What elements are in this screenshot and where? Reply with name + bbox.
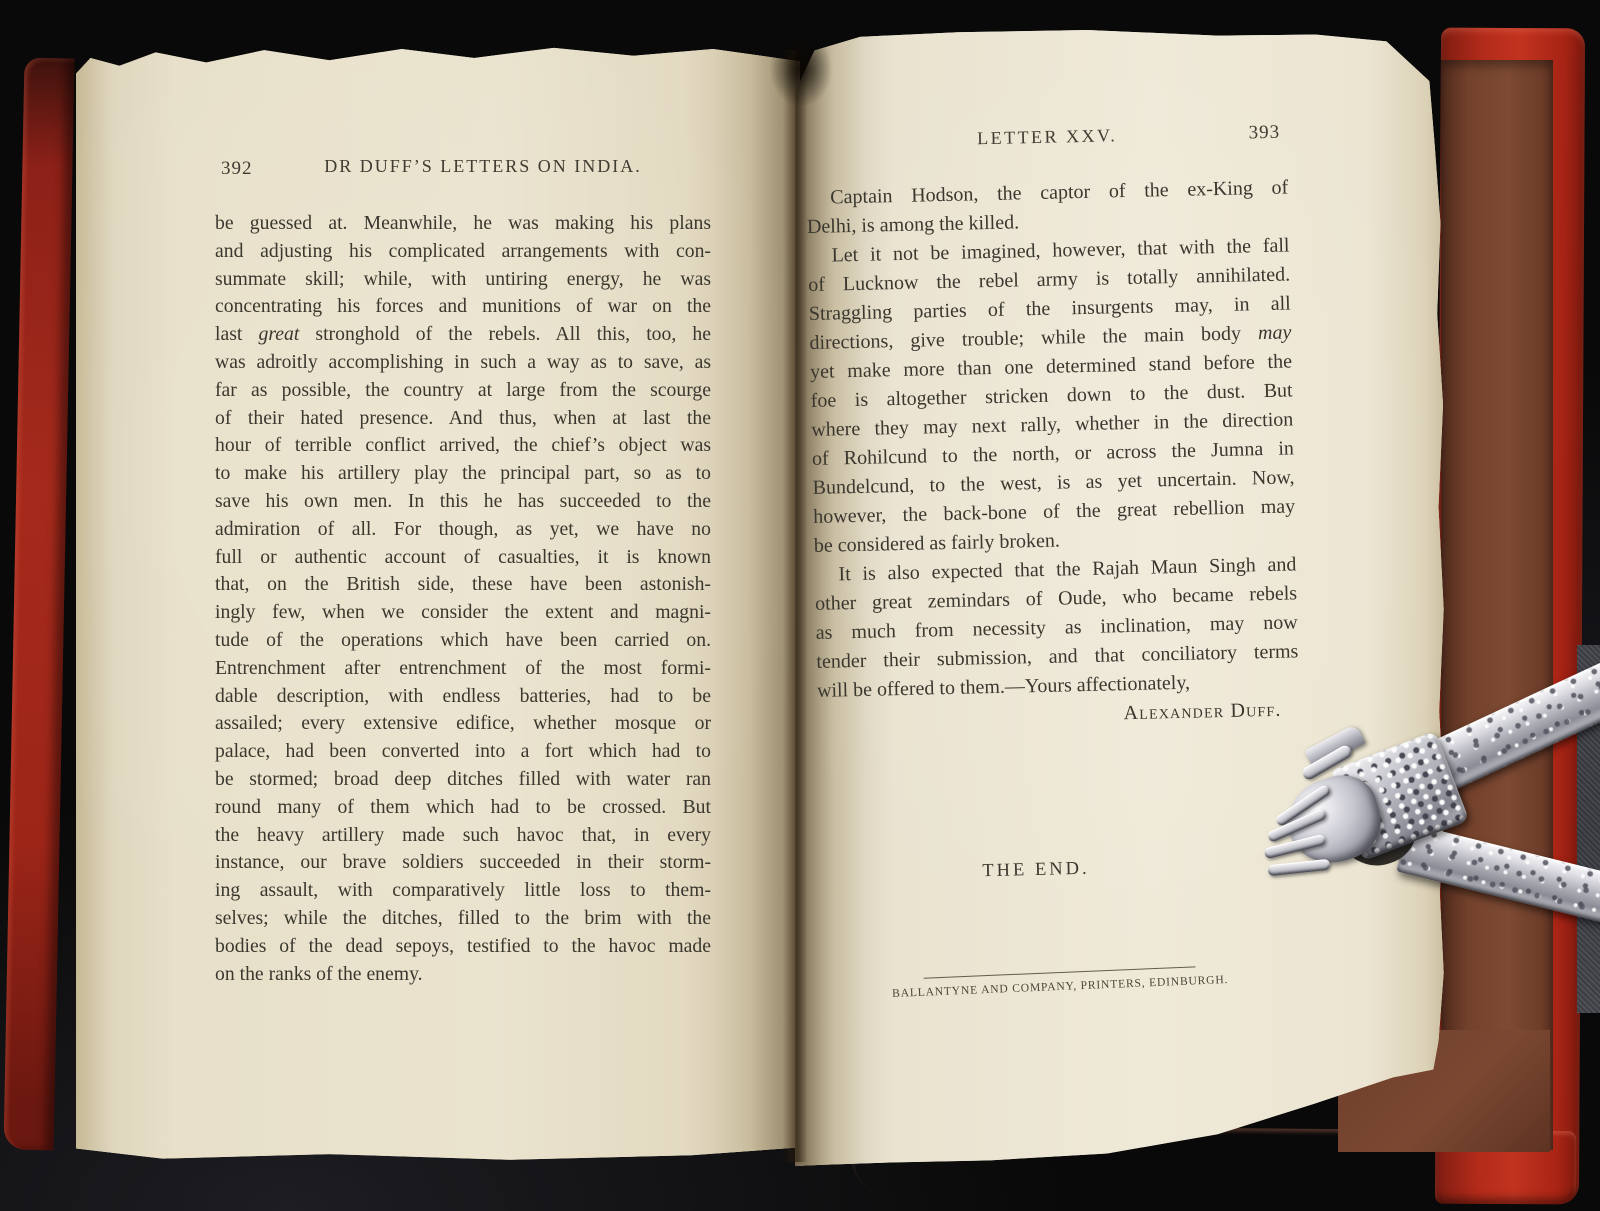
cover-pastedown-brown (1441, 60, 1553, 1150)
text-line: was adroitly accomplishing in such a way… (215, 349, 711, 377)
text-line: palace, had been converted into a fort w… (215, 738, 711, 766)
text-line: be stormed; broad deep ditches filled wi… (215, 766, 711, 794)
text-line: the heavy artillery made such havoc that… (215, 822, 711, 850)
text-line: assailed; every extensive edifice, wheth… (215, 710, 711, 738)
text-line: far as possible, the country at large fr… (215, 377, 711, 405)
grey-surface-edge (1577, 645, 1600, 1013)
text-line: concentrating his forces and munitions o… (215, 293, 711, 321)
left-running-header: 392 DR DUFF’S LETTERS ON INDIA. (215, 156, 711, 177)
text-line: bodies of the dead sepoys, testified to … (215, 933, 711, 961)
left-page-text: be guessed at. Meanwhile, he was making … (215, 210, 711, 988)
text-line: Entrenchment after entrenchment of the m… (215, 655, 711, 683)
text-line: hour of terrible conflict arrived, the c… (215, 432, 711, 460)
text-line: ing assault, with comparatively little l… (215, 877, 711, 905)
text-line: selves; while the ditches, filled to the… (215, 905, 711, 933)
text-line: on the ranks of the enemy. (215, 961, 711, 989)
text-line: tude of the operations which have been c… (215, 627, 711, 655)
text-line: and adjusting his complicated arrangemen… (215, 238, 711, 266)
left-page-number: 392 (221, 158, 253, 180)
text-line: that, on the British side, these have be… (215, 571, 711, 599)
photo-background: 392 DR DUFF’S LETTERS ON INDIA. be guess… (0, 0, 1600, 1211)
text-line: full or authentic account of casualties,… (215, 544, 711, 572)
book-gutter-top-shadow (756, 42, 846, 132)
text-line: round many of them which had to be cross… (215, 794, 711, 822)
text-line: be guessed at. Meanwhile, he was making … (215, 210, 711, 238)
text-line: summate skill; while, with untiring ener… (215, 266, 711, 294)
text-line: instance, our brave soldiers succeeded i… (215, 849, 711, 877)
text-line: last great stronghold of the rebels. All… (215, 321, 711, 349)
text-line: dable description, with endless batterie… (215, 683, 711, 711)
right-page-number: 393 (1248, 122, 1280, 145)
text-line: to make his artillery play the principal… (215, 460, 711, 488)
book-gutter-shadow (783, 50, 809, 1162)
text-line: of their hated presence. And thus, when … (215, 405, 711, 433)
left-header-title: DR DUFF’S LETTERS ON INDIA. (215, 156, 711, 177)
right-page-text: Captain Hodson, the captor of the ex-Kin… (806, 173, 1300, 734)
text-line: save his own men. In this he has succeed… (215, 488, 711, 516)
text-line: ingly few, when we consider the extent a… (215, 599, 711, 627)
text-line: admiration of all. For though, as yet, w… (215, 516, 711, 544)
